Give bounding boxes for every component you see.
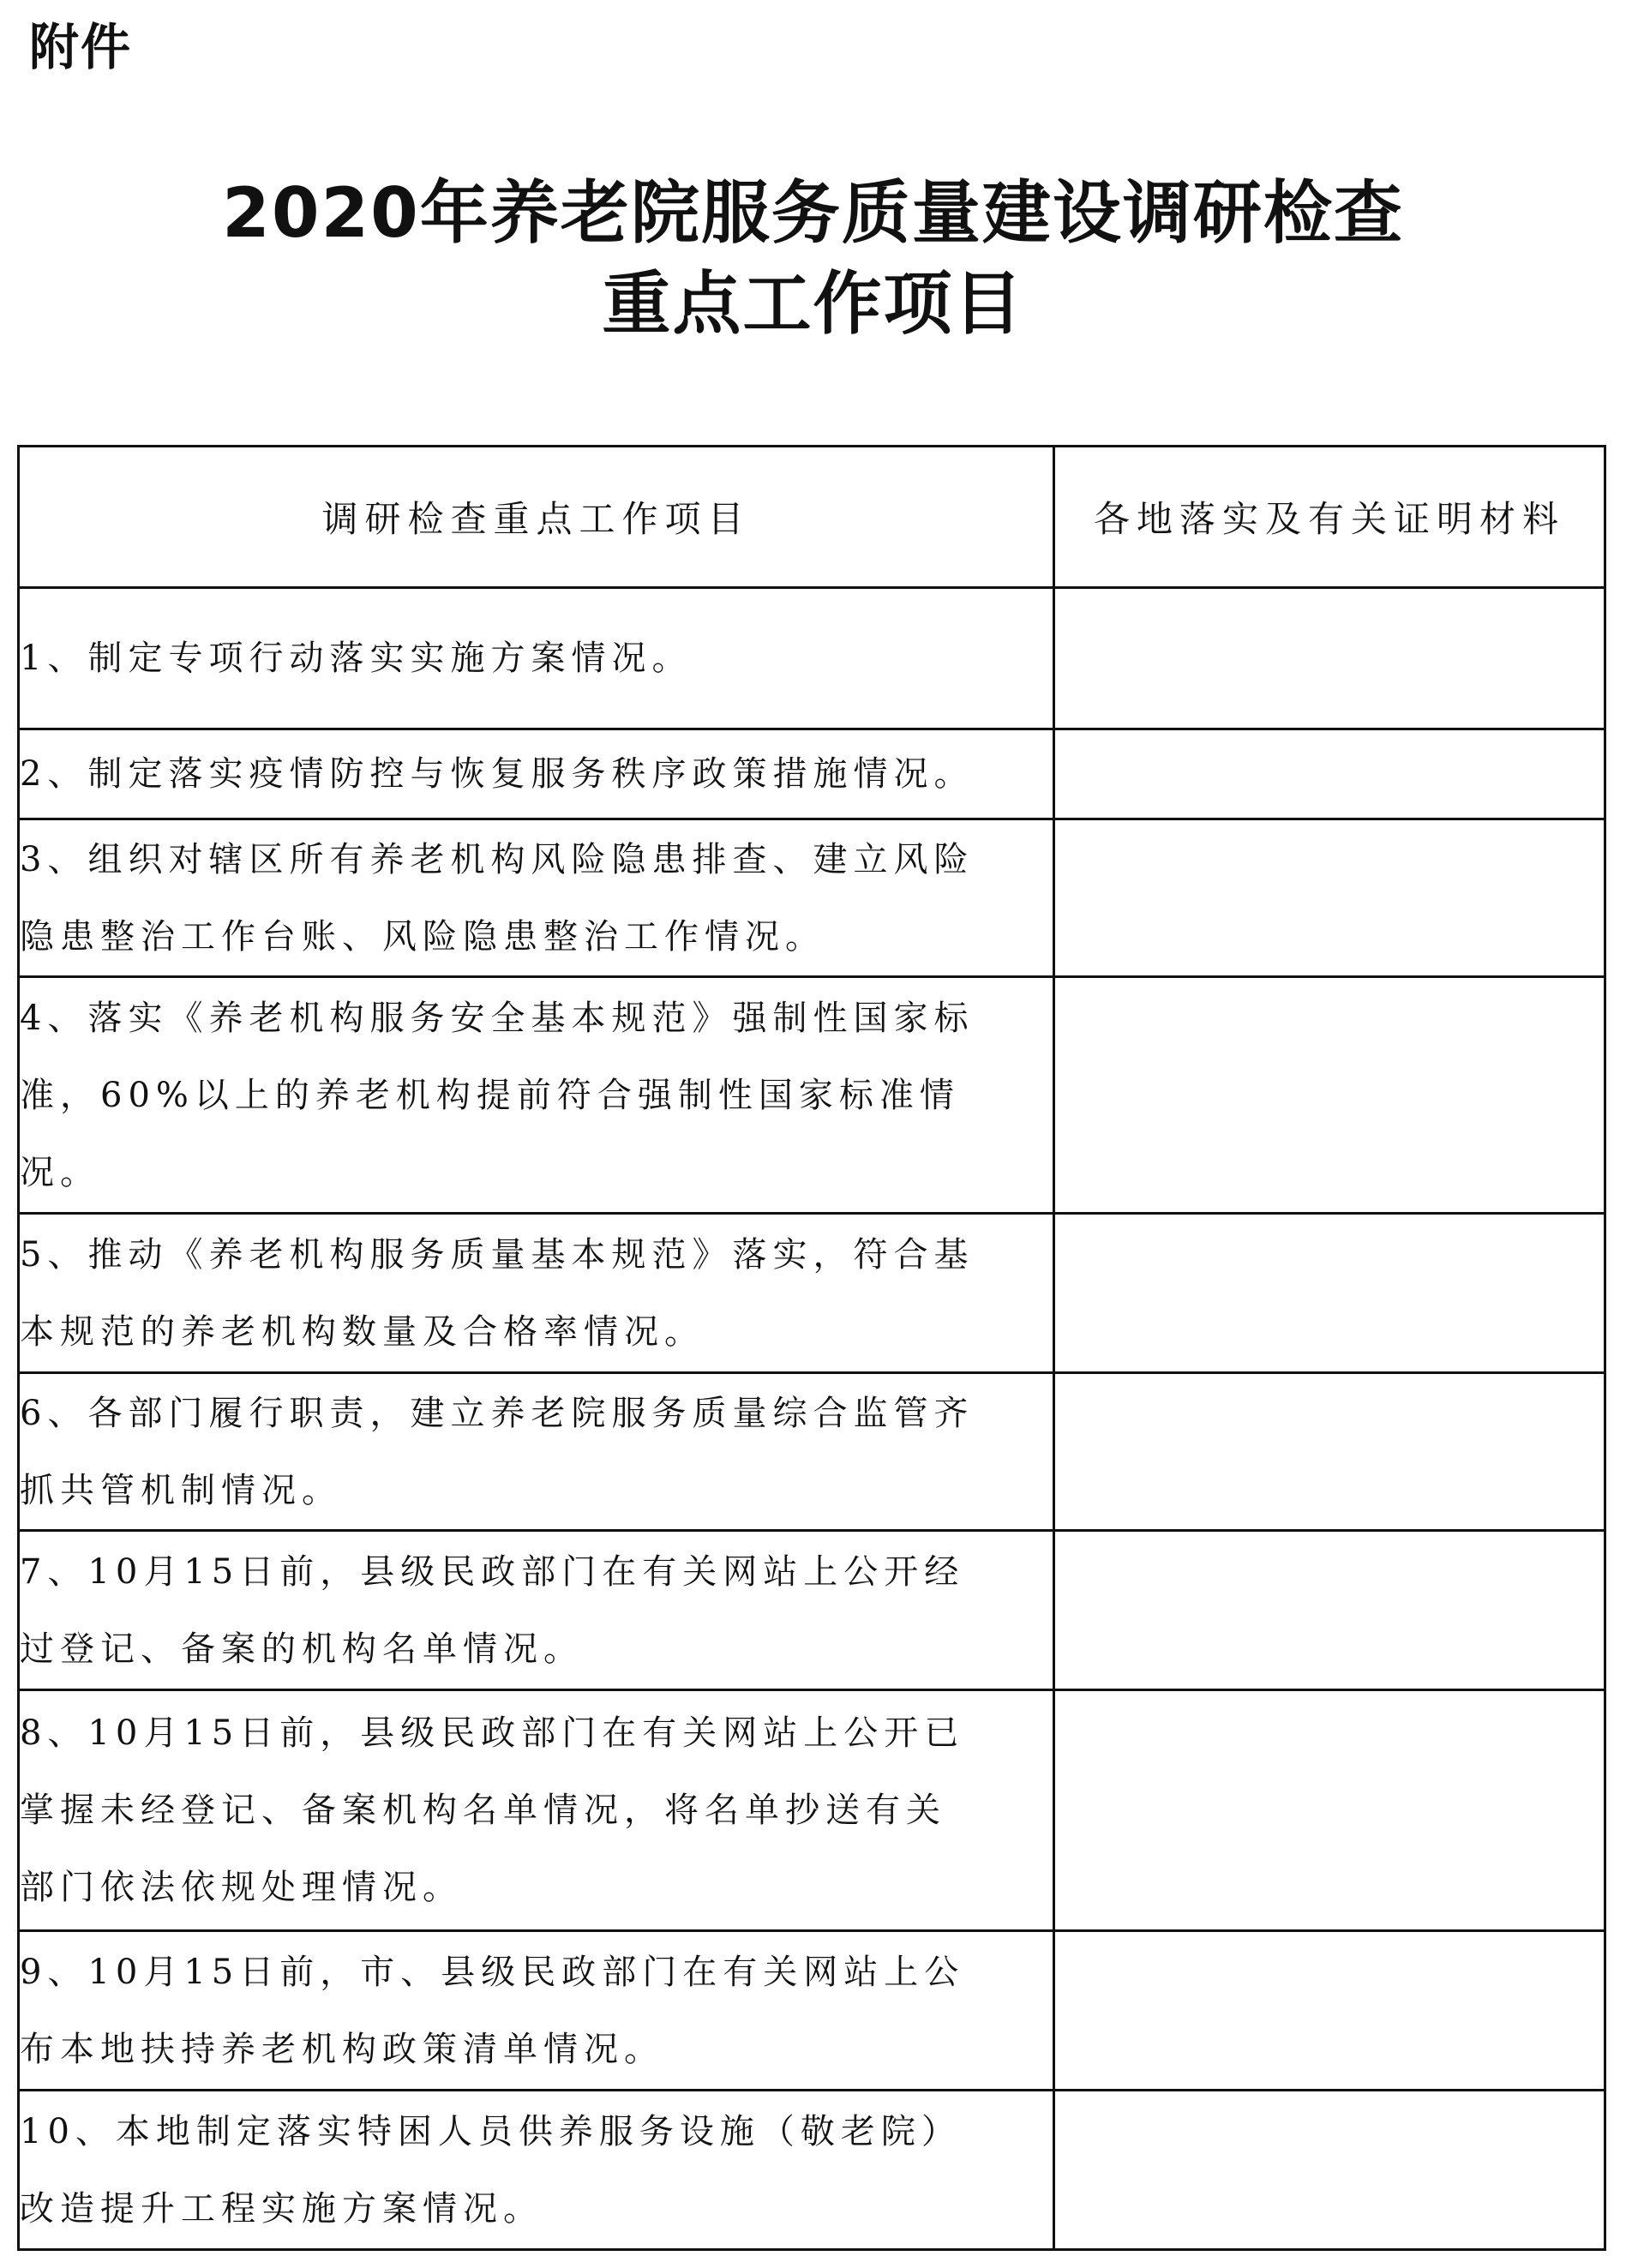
item-text: 本规范的养老机构数量及合格率情况。 xyxy=(20,1293,1053,1371)
evidence-cell[interactable] xyxy=(1054,977,1605,1214)
item-text: 7、10月15日前，县级民政部门在有关网站上公开经 xyxy=(20,1533,1053,1611)
header-evidence: 各地落实及有关证明材料 xyxy=(1054,447,1605,588)
item-text: 5、推动《养老机构服务质量基本规范》落实，符合基 xyxy=(20,1216,1053,1293)
evidence-cell[interactable] xyxy=(1054,588,1605,729)
item-text: 况。 xyxy=(20,1134,1053,1211)
evidence-cell[interactable] xyxy=(1054,819,1605,977)
item-text: 准，60%以上的养老机构提前符合强制性国家标准情 xyxy=(20,1057,1053,1134)
table-row: 6、各部门履行职责，建立养老院服务质量综合监管齐 抓共管机制情况。 xyxy=(19,1373,1605,1531)
table-header-row: 调研检查重点工作项目 各地落实及有关证明材料 xyxy=(19,447,1605,588)
evidence-cell[interactable] xyxy=(1054,1931,1605,2091)
table-row: 9、10月15日前，市、县级民政部门在有关网站上公 布本地扶持养老机构政策清单情… xyxy=(19,1931,1605,2091)
table-row: 8、10月15日前，县级民政部门在有关网站上公开已 掌握未经登记、备案机构名单情… xyxy=(19,1690,1605,1931)
header-items: 调研检查重点工作项目 xyxy=(19,447,1054,588)
title-line-2: 重点工作项目 xyxy=(0,259,1626,350)
item-text: 布本地扶持养老机构政策清单情况。 xyxy=(20,2011,1053,2088)
item-text: 10、本地制定落实特困人员供养服务设施（敬老院） xyxy=(20,2093,1053,2170)
item-cell: 1、制定专项行动落实实施方案情况。 xyxy=(19,588,1054,729)
item-text: 改造提升工程实施方案情况。 xyxy=(20,2170,1053,2247)
item-text: 部门依法依规处理情况。 xyxy=(20,1849,1053,1926)
document-title: 2020年养老院服务质量建设调研检查 重点工作项目 xyxy=(0,168,1626,350)
item-text: 2、制定落实疫情防控与恢复服务秩序政策措施情况。 xyxy=(20,735,1053,813)
evidence-cell[interactable] xyxy=(1054,729,1605,819)
item-cell: 7、10月15日前，县级民政部门在有关网站上公开经 过登记、备案的机构名单情况。 xyxy=(19,1531,1054,1690)
item-cell: 5、推动《养老机构服务质量基本规范》落实，符合基 本规范的养老机构数量及合格率情… xyxy=(19,1214,1054,1373)
evidence-cell[interactable] xyxy=(1054,1214,1605,1373)
table-row: 2、制定落实疫情防控与恢复服务秩序政策措施情况。 xyxy=(19,729,1605,819)
attachment-label: 附件 xyxy=(29,17,132,77)
table-row: 10、本地制定落实特困人员供养服务设施（敬老院） 改造提升工程实施方案情况。 xyxy=(19,2091,1605,2250)
item-text: 隐患整治工作台账、风险隐患整治工作情况。 xyxy=(20,898,1053,975)
item-cell: 2、制定落实疫情防控与恢复服务秩序政策措施情况。 xyxy=(19,729,1054,819)
item-text: 过登记、备案的机构名单情况。 xyxy=(20,1611,1053,1688)
item-text: 4、落实《养老机构服务安全基本规范》强制性国家标 xyxy=(20,980,1053,1057)
evidence-cell[interactable] xyxy=(1054,2091,1605,2250)
item-cell: 6、各部门履行职责，建立养老院服务质量综合监管齐 抓共管机制情况。 xyxy=(19,1373,1054,1531)
item-cell: 8、10月15日前，县级民政部门在有关网站上公开已 掌握未经登记、备案机构名单情… xyxy=(19,1690,1054,1931)
item-text: 8、10月15日前，县级民政部门在有关网站上公开已 xyxy=(20,1695,1053,1772)
item-cell: 3、组织对辖区所有养老机构风险隐患排查、建立风险 隐患整治工作台账、风险隐患整治… xyxy=(19,819,1054,977)
item-text: 6、各部门履行职责，建立养老院服务质量综合监管齐 xyxy=(20,1375,1053,1452)
evidence-cell[interactable] xyxy=(1054,1531,1605,1690)
item-text: 掌握未经登记、备案机构名单情况，将名单抄送有关 xyxy=(20,1772,1053,1849)
inspection-items-table: 调研检查重点工作项目 各地落实及有关证明材料 1、制定专项行动落实实施方案情况。… xyxy=(17,445,1606,2251)
table-row: 3、组织对辖区所有养老机构风险隐患排查、建立风险 隐患整治工作台账、风险隐患整治… xyxy=(19,819,1605,977)
title-line-1: 2020年养老院服务质量建设调研检查 xyxy=(0,168,1626,259)
table-row: 4、落实《养老机构服务安全基本规范》强制性国家标 准，60%以上的养老机构提前符… xyxy=(19,977,1605,1214)
table-row: 5、推动《养老机构服务质量基本规范》落实，符合基 本规范的养老机构数量及合格率情… xyxy=(19,1214,1605,1373)
evidence-cell[interactable] xyxy=(1054,1373,1605,1531)
item-cell: 10、本地制定落实特困人员供养服务设施（敬老院） 改造提升工程实施方案情况。 xyxy=(19,2091,1054,2250)
item-text: 抓共管机制情况。 xyxy=(20,1452,1053,1529)
table-row: 7、10月15日前，县级民政部门在有关网站上公开经 过登记、备案的机构名单情况。 xyxy=(19,1531,1605,1690)
item-cell: 4、落实《养老机构服务安全基本规范》强制性国家标 准，60%以上的养老机构提前符… xyxy=(19,977,1054,1214)
item-cell: 9、10月15日前，市、县级民政部门在有关网站上公 布本地扶持养老机构政策清单情… xyxy=(19,1931,1054,2091)
evidence-cell[interactable] xyxy=(1054,1690,1605,1931)
table-row: 1、制定专项行动落实实施方案情况。 xyxy=(19,588,1605,729)
item-text: 1、制定专项行动落实实施方案情况。 xyxy=(20,620,1053,697)
item-text: 3、组织对辖区所有养老机构风险隐患排查、建立风险 xyxy=(20,821,1053,898)
item-text: 9、10月15日前，市、县级民政部门在有关网站上公 xyxy=(20,1934,1053,2011)
